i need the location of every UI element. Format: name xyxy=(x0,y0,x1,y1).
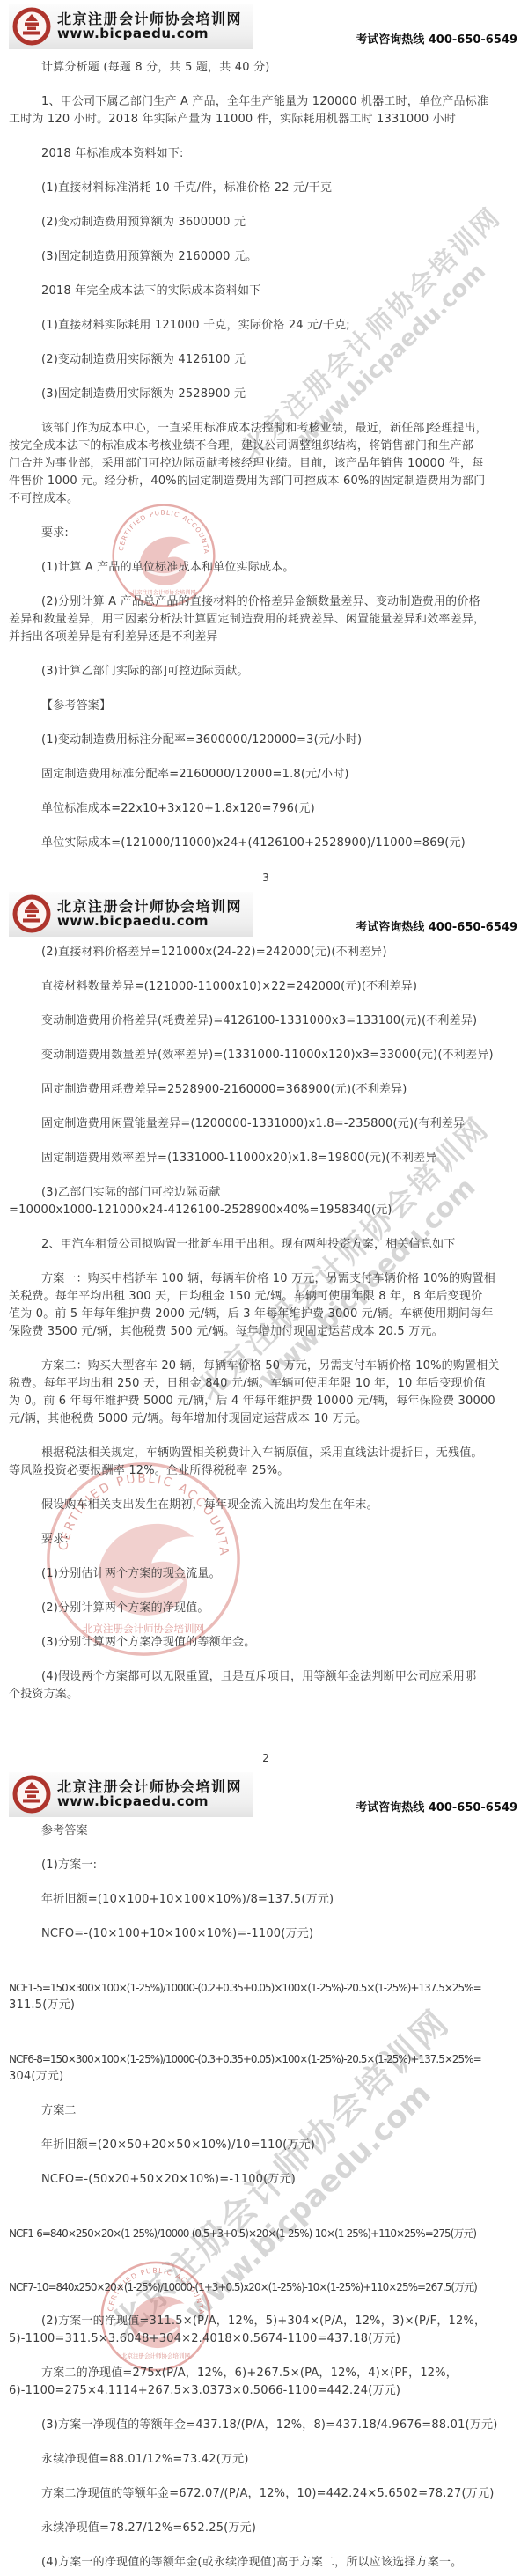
site-url: www.bicpaedu.com xyxy=(57,1795,242,1809)
text-line: (3)固定制造费用实际额为 2528900 元 xyxy=(9,386,523,403)
text-line: NCF7-10=840x250×20×(1-25%)/10000-(1+3+0.… xyxy=(9,2278,523,2296)
text-line: 方案二净现值的等额年金=672.07/(P/A，12%，10)=442.24×5… xyxy=(9,2485,523,2503)
logo-text: 北京注册会计师协会培训网 www.bicpaedu.com xyxy=(57,1780,242,1809)
text-line: (2)分别计算两个方案的净现值。 xyxy=(9,1600,523,1617)
text-line: NCF6-8=150×300×100×(1-25%)/10000-(0.3+0.… xyxy=(9,2050,523,2068)
text-line: 关税费。每年平均出租 300 天，日均租金 150 元/辆。车辆可使用年限 8 … xyxy=(9,1288,523,1306)
text-line: 元/辆，其他税费 5000 元/辆。每年增加付现固定运营成本 10 万元。 xyxy=(9,1410,523,1428)
text-line: 6)-1100=275×4.1114+267.5×3.0373×0.5066-1… xyxy=(9,2382,523,2400)
text-line: (1)分别估计两个方案的现金流量。 xyxy=(9,1565,523,1583)
text-line: 为 0。前 6 年每年维护费 5000 元/辆，后 4 年每年维护费 10000… xyxy=(9,1393,523,1410)
document-page-1: 北京注册会计师协会培训网 www.bicpaedu.com CERTIFIED … xyxy=(0,0,528,887)
text-line: 方案二的净现值=275x(P/A，12%，6)+267.5×(PA，12%，4)… xyxy=(9,2365,523,2382)
text-line: 单位实际成本=(121000/11000)x24+(4126100+252890… xyxy=(9,835,523,852)
page-number: 3 xyxy=(9,869,523,887)
text-line: (1)变动制造费用标注分配率=3600000/120000=3(元/小时) xyxy=(9,732,523,749)
text-line: 年折旧额=(10×100+10×100×10%)/8=137.5(万元) xyxy=(9,1891,523,1909)
text-line: (2)直接材料价格差异=121000x(24-22)=242000(元)(不利差… xyxy=(9,944,523,961)
text-line: 要求: xyxy=(9,1531,523,1549)
text-line: 根据税法相关规定，车辆购置相关税费计入车辆原值，采用直线法计提折日，无残值。 xyxy=(9,1445,523,1462)
cpa-logo-icon xyxy=(12,1775,51,1814)
text-line: 件售价 1000 元。经分析，40%的固定制造费用为部门可控成本 60%的固定制… xyxy=(9,473,523,490)
logo-text: 北京注册会计师协会培训网 www.bicpaedu.com xyxy=(57,900,242,929)
text-line: 变动制造费用价格差异(耗费差异)=4126100-1331000x3=13310… xyxy=(9,1012,523,1030)
text-line: 计算分析题 (每题 8 分，共 5 题，共 40 分) xyxy=(9,59,523,77)
cpa-logo-icon xyxy=(12,7,51,46)
text-line: NCF1-5=150×300×100×(1-25%)/10000-(0.2+0.… xyxy=(9,1979,523,1997)
text-line: 直接材料数量差异=(121000-11000x10)×22=242000(元)(… xyxy=(9,978,523,996)
text-line: 方案二：购买大型客车 20 辆，每辆车价格 50 万元，另需支付车辆价格 10%… xyxy=(9,1358,523,1375)
text-line: NCF1-6=840×250×20×(1-25%)/10000-(0.5+3+0… xyxy=(9,2225,523,2242)
page-header: 北京注册会计师协会培训网 www.bicpaedu.com 考试咨询热线 400… xyxy=(9,1772,517,1817)
hotline-text: 考试咨询热线 400-650-6549 xyxy=(356,1798,517,1817)
text-line: 工时为 120 小时。2018 年实际产量为 11000 件，实际耗用机器工时 … xyxy=(9,111,523,129)
text-line: 固定制造费用效率差异=(1331000-11000x20)x1.8=19800(… xyxy=(9,1150,523,1167)
text-line: 税费。每年平均出租 250 天，日租金 840 元/辆。车辆可使用年限 10 年… xyxy=(9,1375,523,1393)
text-line: 保险费 3500 元/辆，其他税费 500 元/辆。每年增加付现固定运营成本 2… xyxy=(9,1323,523,1341)
text-line: 1、甲公司下属乙部门生产 A 产品，全年生产能量为 120000 机器工时，单位… xyxy=(9,93,523,111)
text-line: 2018 年完全成本法下的实际成本资料如下 xyxy=(9,283,523,300)
text-line: (2)变动制造费用预算额为 3600000 元 xyxy=(9,214,523,232)
text-line: 按完全成本法下的标准成本考核业绩不合理，建议公司调整组织结构，将销售部门和生产部 xyxy=(9,438,523,455)
text-line: (3)固定制造费用预算额为 2160000 元。 xyxy=(9,248,523,266)
site-name: 北京注册会计师协会培训网 xyxy=(57,900,242,915)
hotline-text: 考试咨询热线 400-650-6549 xyxy=(356,30,517,49)
site-url: www.bicpaedu.com xyxy=(57,915,242,929)
site-name: 北京注册会计师协会培训网 xyxy=(57,1780,242,1795)
site-url: www.bicpaedu.com xyxy=(57,27,242,41)
text-line: (1)计算 A 产品的单位标准成本和单位实际成本。 xyxy=(9,559,523,577)
site-logo: 北京注册会计师协会培训网 www.bicpaedu.com xyxy=(9,892,253,937)
text-line: 5)-1100=311.5×3.6048+304×2.4018×0.5674-1… xyxy=(9,2330,523,2348)
text-line: (3)乙部门实际的部门可控边际贡献 xyxy=(9,1184,523,1202)
text-line: 差异和数量差异，用三因素分析法计算固定制造费用的耗费差异、闲置能量差异和效率差异… xyxy=(9,611,523,629)
text-line: (2)方案一的净现值=311.5×(P/A，12%，5)+304×(P/A，12… xyxy=(9,2313,523,2330)
text-line: 变动制造费用数量差异(效率差异)=(1331000-11000x120)x3=3… xyxy=(9,1047,523,1064)
text-line: 该部门作为成本中心，一直采用标准成本法控制和考核业绩，最近，新任部]经理提出， xyxy=(9,420,523,438)
text-line: (1)直接材料标准消耗 10 千克/件，标准价格 22 元/干克 xyxy=(9,180,523,197)
text-line: 固定制造费用闲置能量差异=(1200000-1331000)x1.8=-2358… xyxy=(9,1115,523,1133)
text-line: (4)假设两个方案都可以无限重置，且是互斥项目，用等额年金法判断甲公司应采用哪 xyxy=(9,1668,523,1686)
site-logo: 北京注册会计师协会培训网 www.bicpaedu.com xyxy=(9,1772,253,1817)
text-line: (3)方案一净现值的等额年金=437.18/(P/A，12%，8)=437.18… xyxy=(9,2417,523,2434)
text-line: 【参考答案】 xyxy=(9,697,523,715)
text-line: (2)变动制造费用实际额为 4126100 元 xyxy=(9,351,523,369)
text-line: (4)方案一的净现值的等额年金(或永续净现值)高于方案二，所以应该选择方案一。 xyxy=(9,2554,523,2572)
text-line: 单位标准成本=22x10+3x120+1.8x120=796(元) xyxy=(9,800,523,818)
text-line: 个投资方案。 xyxy=(9,1686,523,1704)
text-line: 304(万元) xyxy=(9,2068,523,2086)
text-line: (3)分别计算两个方案净现值的等额年金。 xyxy=(9,1634,523,1652)
text-line: (3)计算乙部门实际的部]可控边际贡献。 xyxy=(9,663,523,681)
page-number: 2 xyxy=(9,1749,523,1767)
text-line: 门合并为事业部，采用部门可控边际贡献考核经理业绩。目前，该产品年销售 10000… xyxy=(9,455,523,473)
text-line: 方案一：购买中档轿车 100 辆，每辆车价格 10 万元，另需支付车辆价格 10… xyxy=(9,1270,523,1288)
text-line: 固定制造费用标准分配率=2160000/12000=1.8(元/小时) xyxy=(9,766,523,784)
page-header: 北京注册会计师协会培训网 www.bicpaedu.com 考试咨询热线 400… xyxy=(9,892,517,937)
text-line: (2)分别计算 A 产品总产品的直接材料的价格差异金额数量差异、变动制造费用的价… xyxy=(9,593,523,611)
text-line: (1)方案一: xyxy=(9,1857,523,1874)
text-line: 假设购车相关支出发生在期初，每年现金流入流出均发生在年末。 xyxy=(9,1497,523,1514)
text-line: 参考答案 xyxy=(9,1822,523,1840)
text-line: 方案二 xyxy=(9,2102,523,2120)
cpa-logo-icon xyxy=(12,894,51,933)
text-line: 等风险投资必要报酬率 12%。企业所得税税率 25%。 xyxy=(9,1462,523,1480)
text-line: 2、甲汽车租赁公司拟购置一批新车用于出租。现有两种投资方案，相关信息如下 xyxy=(9,1236,523,1254)
text-line: NCFO=-(10×100+10×100×10%)=-1100(万元) xyxy=(9,1925,523,1943)
site-name: 北京注册会计师协会培训网 xyxy=(57,12,242,27)
document-page-3: 北京注册会计师协会培训网 www.bicpaedu.com CERTIFIED … xyxy=(0,1768,528,2576)
text-line: NCFO=-(50x20+50×20×10%)=-1100(万元) xyxy=(9,2171,523,2189)
logo-text: 北京注册会计师协会培训网 www.bicpaedu.com xyxy=(57,12,242,41)
text-line: 311.5(万元) xyxy=(9,1997,523,2014)
page-body: 计算分析题 (每题 8 分，共 5 题，共 40 分)1、甲公司下属乙部门生产 … xyxy=(9,59,523,887)
text-line: =10000x1000-121000x24-4126100-2528900x40… xyxy=(9,1202,523,1219)
page-header: 北京注册会计师协会培训网 www.bicpaedu.com 考试咨询热线 400… xyxy=(9,4,517,49)
text-line: 要求: xyxy=(9,525,523,542)
hotline-text: 考试咨询热线 400-650-6549 xyxy=(356,917,517,937)
text-line: 年折旧额=(20×50+20×50×10%)/10=110(万元) xyxy=(9,2137,523,2154)
text-line: (1)直接材料实际耗用 121000 千克，实际价格 24 元/千克; xyxy=(9,317,523,335)
text-line: 永续净现值=78.27/12%=652.25(万元) xyxy=(9,2520,523,2537)
text-line: 永续净现值=88.01/12%=73.42(万元) xyxy=(9,2451,523,2469)
page-body: (2)直接材料价格差异=121000x(24-22)=242000(元)(不利差… xyxy=(9,944,523,1767)
text-line: 并指出各项差异是有利差异还是不利差异 xyxy=(9,629,523,646)
page-body: 参考答案(1)方案一:年折旧额=(10×100+10×100×10%)/8=13… xyxy=(9,1822,523,2572)
text-line: 值为 0。前 5 年每年维护费 2000 元/辆，后 3 年每年维护费 3000… xyxy=(9,1306,523,1323)
text-line: 2018 年标准成本资料如下: xyxy=(9,145,523,163)
site-logo: 北京注册会计师协会培训网 www.bicpaedu.com xyxy=(9,4,253,49)
text-line: 不可控成本。 xyxy=(9,490,523,508)
document-page-2: 北京注册会计师协会培训网 www.bicpaedu.com CERTIFIED … xyxy=(0,887,528,1768)
text-line: 固定制造费用耗费差异=2528900-2160000=368900(元)(不利差… xyxy=(9,1081,523,1099)
